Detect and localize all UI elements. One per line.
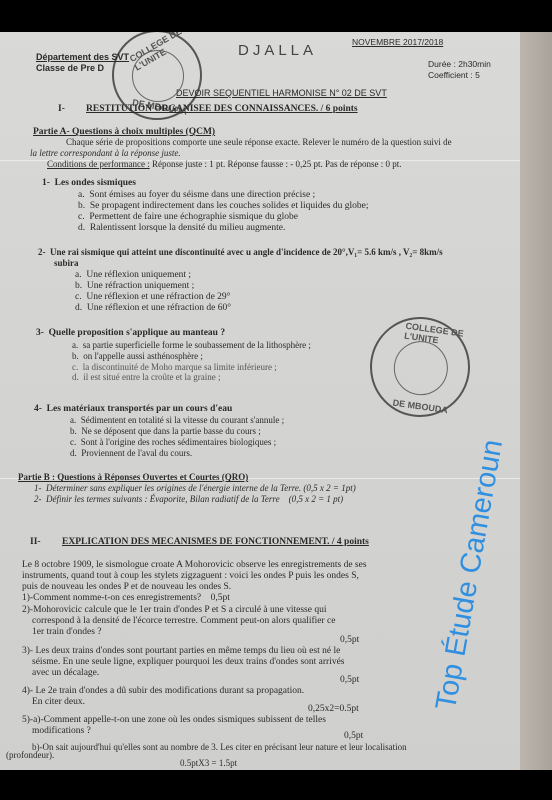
points-label: 0,5pt	[340, 675, 359, 686]
qcm-option: a. Sédimentent en totalité si la vitesse…	[70, 415, 284, 426]
section2-question: 1er train d'ondes ?	[32, 627, 102, 638]
section2-question: modifications ?	[32, 726, 91, 737]
section2-title: EXPLICATION DES MECANISMES DE FONCTIONNE…	[62, 537, 369, 548]
table-edge	[520, 32, 552, 770]
partB-title: Partie B : Questions à Réponses Ouvertes…	[18, 472, 248, 483]
qcm-option: c. Une réflexion et une réfraction de 29…	[75, 292, 230, 303]
partA-conditions: Conditions de performance : Réponse just…	[47, 159, 401, 170]
section2-question: séisme. En une seule ligne, expliquer po…	[32, 657, 345, 668]
qcm-question: 4- Les matériaux transportés par un cour…	[34, 404, 232, 415]
partA-instruction-1: Chaque série de propositions comporte un…	[66, 137, 452, 148]
section2-question: En citer deux.	[32, 697, 85, 708]
department-label: Département des SVT	[36, 52, 129, 63]
section2-number: II-	[30, 537, 41, 548]
section2-question: b)-On sait aujourd'hui qu'elles sont au …	[32, 742, 407, 753]
qcm-question: 2- Une rai sismique qui atteint une disc…	[38, 247, 443, 258]
section2-intro: puis de nouveau les ondes P et de nouvea…	[22, 582, 231, 593]
section1-title: RESTITUTION ORGANISEE DES CONNAISSANCES.…	[86, 104, 358, 115]
qcm-option: c. Permettent de faire une échographie s…	[78, 212, 298, 223]
qcm-question: 3- Quelle proposition s'applique au mant…	[36, 328, 225, 339]
qcm-option: b. Ne se déposent que dans la partie bas…	[70, 426, 261, 437]
qcm-option: a. Une réflexion uniquement ;	[75, 270, 191, 281]
qcm-option: a. Sont émises au foyer du séisme dans u…	[78, 190, 315, 201]
section2-question: 3)- Les deux trains d'ondes sont pourtan…	[22, 646, 340, 657]
qcm-option: a. sa partie superficielle forme le soub…	[72, 340, 311, 351]
handwritten-name: DJALLA	[238, 42, 317, 59]
qcm-option: b. on l'appelle aussi asthénosphère ;	[72, 351, 203, 362]
section1-number: I-	[58, 104, 65, 115]
points-label: 0,25x2=0.5pt	[308, 704, 359, 715]
qcm-option: d. Ralentissent lorsque la densité du mi…	[78, 223, 285, 234]
exam-coefficient: Coefficient : 5	[428, 70, 480, 81]
section2-question: avec un décalage.	[32, 668, 99, 679]
school-stamp-right: COLLEGE DE L'UNITE DE MBOUDA	[364, 311, 477, 424]
qcm-option: c. Sont à l'origine des roches sédimenta…	[70, 437, 276, 448]
qcm-option: b. Une réfraction uniquement ;	[75, 281, 194, 292]
section2-question: 1)-Comment nomme-t-on ces enregistrement…	[22, 593, 230, 604]
qcm-question-cont: subira	[54, 258, 79, 269]
qcm-option: d. Une réflexion et une réfraction de 60…	[75, 303, 231, 314]
points-label: 0,5pt	[340, 635, 359, 646]
exam-date: NOVEMBRE 2017/2018	[352, 37, 443, 48]
points-label: 0,5pt	[344, 731, 363, 742]
qcm-option: d. Proviennent de l'aval du cours.	[70, 448, 192, 459]
section2-intro: Le 8 octobre 1909, le sismologue croate …	[22, 560, 367, 571]
section2-question: 5)-a)-Comment appelle-t-on une zone où l…	[22, 715, 326, 726]
section2-intro: instruments, quand tout à coup les style…	[22, 571, 359, 582]
qro-question: 2- Définir les termes suivants : Évapori…	[34, 494, 343, 505]
exam-duration: Durée : 2h30min	[428, 59, 491, 70]
section2-question: 2)-Mohorovicic calcule que le 1er train …	[22, 605, 326, 616]
partA-instruction-2: la lettre correspondant à la réponse jus…	[30, 148, 181, 159]
qro-question: 1- Déterminer sans expliquer les origine…	[34, 483, 356, 494]
points-label: 0.5ptX3 = 1.5pt	[180, 758, 237, 769]
exam-title: DEVOIR SEQUENTIEL HARMONISE N° 02 DE SVT	[176, 88, 387, 99]
qcm-question: 1- Les ondes sismiques	[42, 178, 136, 189]
qcm-option: d. il est situé entre la croûte et la gr…	[72, 372, 220, 383]
class-label: Classe de Pre D	[36, 63, 104, 74]
section2-question: (profondeur).	[6, 750, 54, 761]
section2-question: correspond à la densité de l'écorce terr…	[32, 616, 335, 627]
qcm-option: b. Se propagent indirectement dans les c…	[78, 201, 368, 212]
section2-question: 4)- Le 2e train d'ondes a dû subir des m…	[22, 686, 304, 697]
